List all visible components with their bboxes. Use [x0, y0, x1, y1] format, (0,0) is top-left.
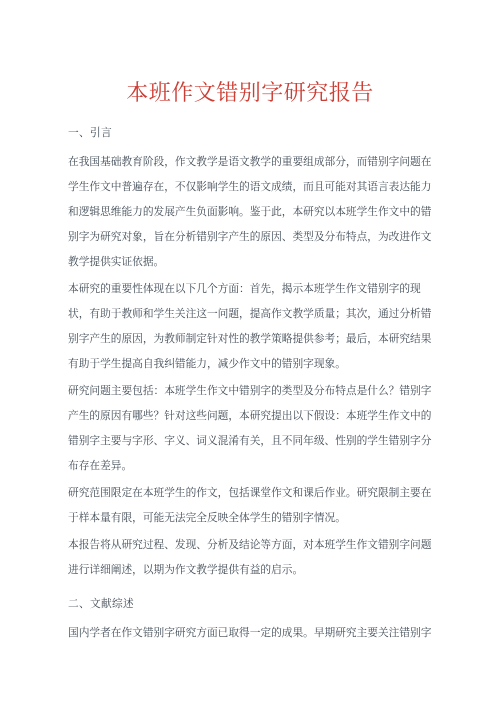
text-line: 别字产生的原因，为教师制定针对性的教学策略提供参考；最后，本研究结果: [68, 327, 432, 352]
paragraph: 本报告将从研究过程、发现、分析及结论等方面，对本班学生作文错别字问题进行详细阐述…: [68, 533, 432, 583]
paragraph: 研究问题主要包括：本班学生作文中错别字的类型及分布特点是什么？错别字产生的原因有…: [68, 379, 432, 479]
text-line: 学生作文中普遍存在，不仅影响学生的语文成绩，而且可能对其语言表达能力: [68, 175, 432, 200]
text-line: 和逻辑思维能力的发展产生负面影响。鉴于此，本研究以本班学生作文中的错: [68, 200, 432, 225]
document-page: 本班作文错别字研究报告 一、引言 在我国基础教育阶段，作文教学是语文教学的重要组…: [0, 0, 500, 707]
paragraph: 在我国基础教育阶段，作文教学是语文教学的重要组成部分，而错别字问题在学生作文中普…: [68, 150, 432, 275]
paragraph: 研究范围限定在本班学生的作文，包括课堂作文和课后作业。研究限制主要在于样本量有限…: [68, 481, 432, 531]
text-line: 有助于学生提高自我纠错能力，减少作文中的错别字现象。: [68, 352, 432, 377]
text-line: 国内学者在作文错别字研究方面已取得一定的成果。早期研究主要关注错别字: [68, 621, 432, 646]
text-line: 错别字主要与字形、字义、词义混淆有关，且不同年级、性别的学生错别字分: [68, 429, 432, 454]
text-line: 进行详细阐述，以期为作文教学提供有益的启示。: [68, 558, 432, 583]
document-section: 一、引言 在我国基础教育阶段，作文教学是语文教学的重要组成部分，而错别字问题在学…: [68, 120, 432, 583]
text-line: 状，有助于教师和学生关注这一问题，提高作文教学质量；其次，通过分析错: [68, 302, 432, 327]
text-line: 教学提供实证依据。: [68, 250, 432, 275]
text-line: 于样本量有限，可能无法完全反映全体学生的错别字情况。: [68, 506, 432, 531]
text-line: 研究范围限定在本班学生的作文，包括课堂作文和课后作业。研究限制主要在: [68, 481, 432, 506]
text-line: 研究问题主要包括：本班学生作文中错别字的类型及分布特点是什么？错别字: [68, 379, 432, 404]
text-line: 产生的原因有哪些？针对这些问题，本研究提出以下假设：本班学生作文中的: [68, 404, 432, 429]
section-heading: 二、文献综述: [68, 591, 432, 617]
section-paragraphs: 国内学者在作文错别字研究方面已取得一定的成果。早期研究主要关注错别字: [68, 621, 432, 646]
section-paragraphs: 在我国基础教育阶段，作文教学是语文教学的重要组成部分，而错别字问题在学生作文中普…: [68, 150, 432, 583]
paragraph: 本研究的重要性体现在以下几个方面：首先，揭示本班学生作文错别字的现状，有助于教师…: [68, 277, 432, 377]
text-line: 本报告将从研究过程、发现、分析及结论等方面，对本班学生作文错别字问题: [68, 533, 432, 558]
document-body: 一、引言 在我国基础教育阶段，作文教学是语文教学的重要组成部分，而错别字问题在学…: [68, 120, 432, 646]
section-heading: 一、引言: [68, 120, 432, 146]
document-section: 二、文献综述 国内学者在作文错别字研究方面已取得一定的成果。早期研究主要关注错别…: [68, 591, 432, 646]
text-line: 别字为研究对象，旨在分析错别字产生的原因、类型及分布特点，为改进作文: [68, 225, 432, 250]
text-line: 本研究的重要性体现在以下几个方面：首先，揭示本班学生作文错别字的现: [68, 277, 432, 302]
text-line: 在我国基础教育阶段，作文教学是语文教学的重要组成部分，而错别字问题在: [68, 150, 432, 175]
paragraph: 国内学者在作文错别字研究方面已取得一定的成果。早期研究主要关注错别字: [68, 621, 432, 646]
document-title: 本班作文错别字研究报告: [68, 76, 432, 110]
text-line: 布存在差异。: [68, 454, 432, 479]
